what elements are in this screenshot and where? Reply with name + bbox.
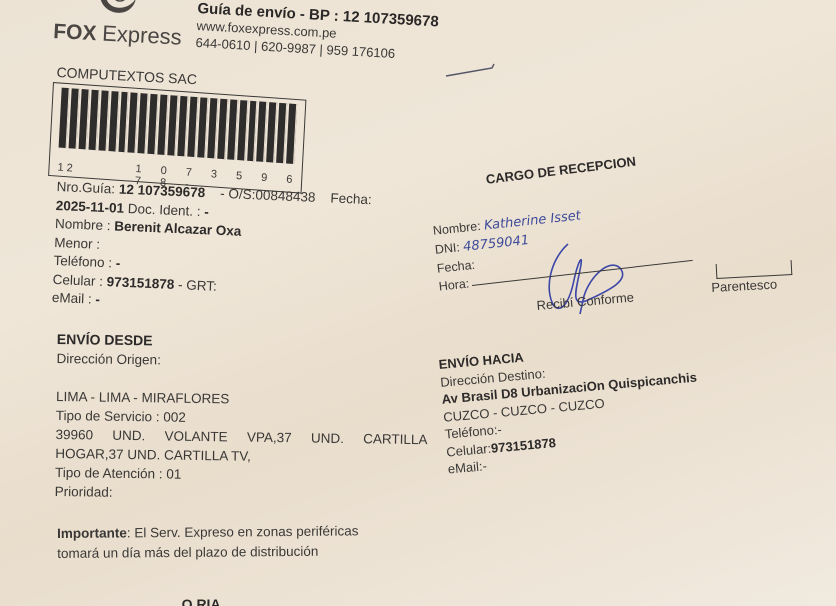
brand-logo-text: FOX Express (53, 18, 183, 51)
contents-word: 39960 (55, 425, 93, 445)
document-header: Guía de envío - BP : 12 107359678 www.fo… (195, 0, 439, 64)
telefono-label: Teléfono : (53, 253, 112, 270)
brand-name-rest: Express (102, 21, 183, 50)
cut-off-text: ...O RIA (170, 596, 221, 606)
contents-word: UND. (311, 429, 344, 448)
pen-stroke-icon (444, 62, 496, 80)
nro-guia-label: Nro.Guía: (56, 179, 115, 196)
grt-label: - GRT: (178, 277, 217, 294)
envio-hacia-section: ENVÍO HACIA Dirección Destino: Av Brasil… (438, 334, 704, 478)
email-value: - (95, 292, 100, 307)
importante-text-2: tomará un día más del plazo de distribuc… (57, 541, 359, 564)
cargo-dni-label: DNI: (434, 240, 460, 257)
brand-name-bold: FOX (53, 20, 97, 45)
doc-ident-value: - (204, 204, 209, 219)
os-number: - O/S:00848438 (220, 186, 316, 205)
nombre-label: Nombre : (55, 216, 111, 233)
importante-label: Importante (57, 525, 127, 541)
celular-value: 973151878 (106, 274, 174, 292)
celular-label: Celular : (52, 271, 103, 288)
doc-ident-label: Doc. Ident. : (128, 201, 201, 219)
envio-desde-section: ENVÍO DESDE Dirección Origen: LIMA - LIM… (55, 330, 429, 506)
barcode-bars (59, 88, 298, 164)
fox-logo-icon (96, 0, 138, 22)
barcode: 1 2 1 0 7 3 5 9 6 7 8 - (48, 82, 306, 194)
fecha-label: Fecha: (330, 190, 372, 207)
nro-guia-value: 12 107359678 (119, 182, 206, 201)
cargo-nombre-label: Nombre: (432, 219, 481, 238)
email-label: eMail : (52, 290, 92, 307)
date-value: 2025-11-01 (56, 197, 125, 215)
telefono-value: - (115, 256, 120, 271)
guide-info: Nro.Guía: 12 107359678 - O/S:00848438 Fe… (52, 178, 372, 321)
cargo-title: CARGO DE RECEPCION (485, 154, 637, 187)
contents-word: VOLANTE (164, 427, 227, 447)
barcode-prefix: 1 2 (57, 162, 73, 175)
parentesco-box (716, 260, 793, 279)
parentesco-label: Parentesco (711, 277, 777, 295)
prioridad: Prioridad: (55, 482, 427, 506)
contents-word: VPA,37 (247, 428, 292, 448)
importante-text-1: : El Serv. Expreso en zonas periféricas (127, 523, 359, 540)
contents-word: CARTILLA (363, 429, 428, 449)
contents-word: UND. (112, 426, 145, 445)
importante-note: Importante: El Serv. Expreso en zonas pe… (57, 521, 359, 564)
nombre-value: Berenit Alcazar Oxa (114, 218, 242, 238)
